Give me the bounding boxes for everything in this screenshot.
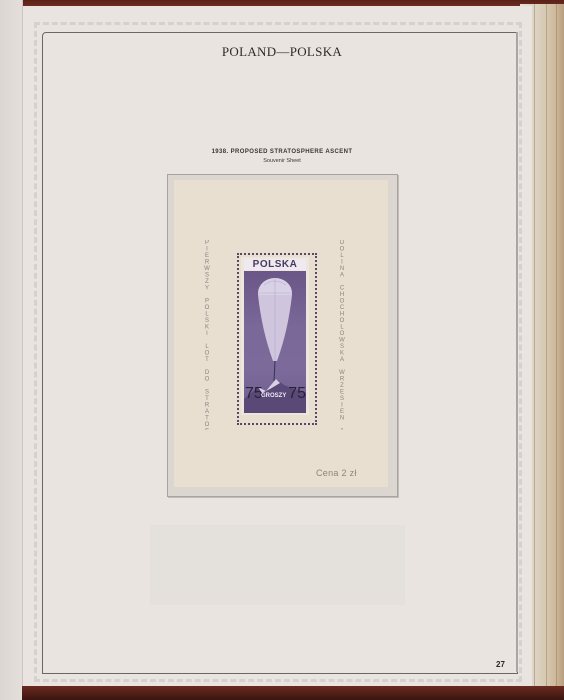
- faded-impression: [150, 525, 405, 605]
- page-number: 27: [496, 660, 505, 669]
- stamp-caption: 1938. PROPOSED STRATOSPHERE ASCENT: [0, 149, 564, 155]
- frame-shadow-line: [516, 32, 518, 672]
- stamp[interactable]: POLSKA 75 GROSZY 75: [241, 257, 309, 415]
- sheet-right-inscription: DOLINA CHOCHOLOWSKA WRZESIEN 1938: [337, 240, 347, 430]
- album-binding-bottom: [22, 686, 564, 700]
- stamp-subcaption: Souvenir Sheet: [0, 158, 564, 164]
- sheet-left-inscription: PIERWSZY POLSKI LOT DO STRATOSFERY: [202, 240, 212, 430]
- sheet-price: Cena 2 zł: [316, 468, 357, 478]
- page-title: POLAND—POLSKA: [0, 44, 564, 60]
- stamp-country-label: POLSKA: [244, 259, 306, 270]
- left-page-margin: [0, 0, 23, 700]
- stamp-value-right: 75: [288, 385, 306, 403]
- stamp-currency: GROSZY: [261, 393, 286, 399]
